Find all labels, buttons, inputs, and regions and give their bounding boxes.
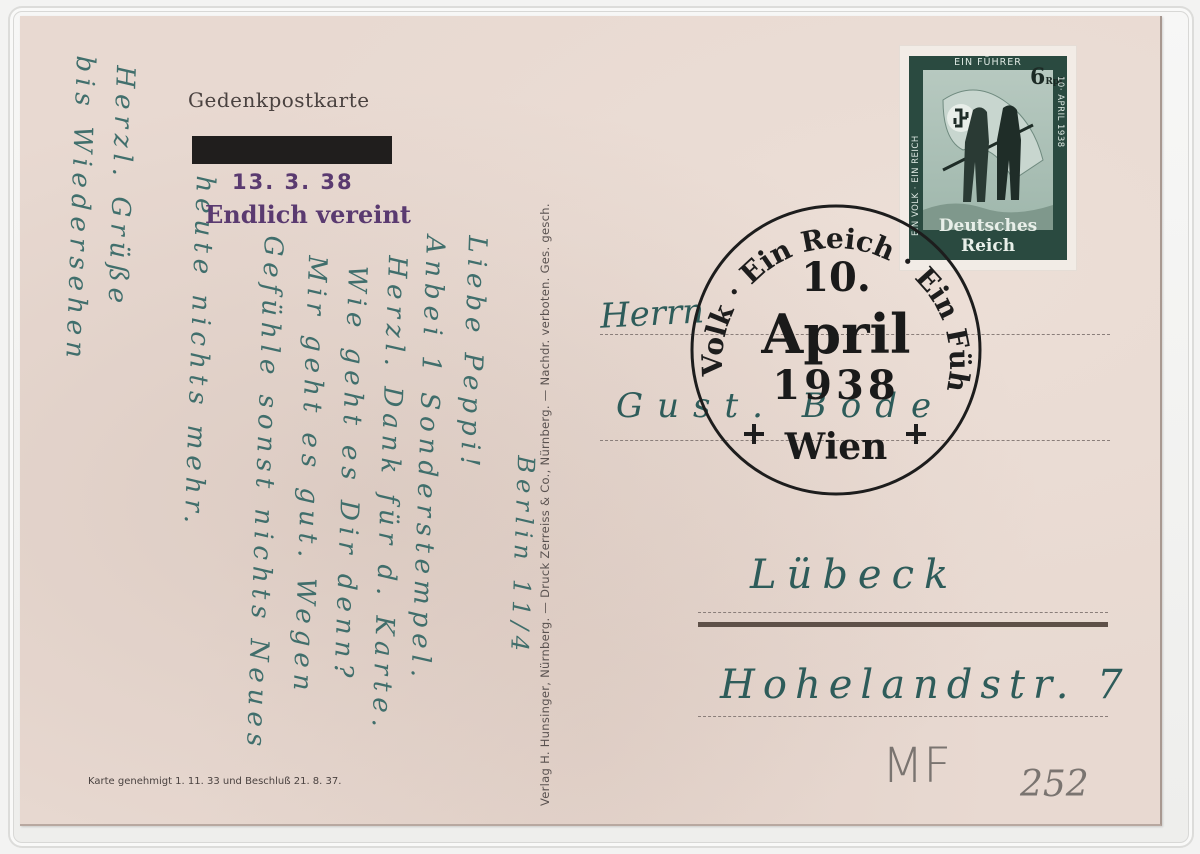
address-divider <box>698 622 1108 627</box>
stamp-value-number: 6 <box>1030 64 1045 90</box>
message-line: bis Wiedersehen <box>59 55 100 364</box>
address-city: Lübeck <box>750 552 958 598</box>
message-line: Herzl. Grüße <box>102 65 140 310</box>
overprint-text: Endlich vereint <box>205 200 411 229</box>
pencil-note-mf: MF <box>882 738 951 794</box>
message-line: Mir geht es gut. Wegen <box>287 255 332 697</box>
postmark-year: 1938 <box>688 362 984 409</box>
publisher-imprint: Verlag H. Hunsinger, Nürnberg. — Druck Z… <box>538 203 552 806</box>
postmark-city: Wien <box>688 426 984 468</box>
postmark-day: 10. <box>688 254 984 301</box>
overprint-date: 13. 3. 38 <box>232 170 354 194</box>
message-line: Liebe Peppi! <box>454 235 492 473</box>
card-heading: Gedenkpostkarte <box>188 88 370 112</box>
message-line: Berlin 11/4 <box>505 455 540 658</box>
postmark: Ein Volk · Ein Reich · Ein Führer 10. Ap… <box>688 202 984 498</box>
message-line: Wie geht es Dir denn? <box>327 265 372 684</box>
address-street: Hohelandstr. 7 <box>720 662 1131 708</box>
postcard: Berlin 11/4 Liebe Peppi! Anbei 1 Sonders… <box>20 16 1162 826</box>
message-line: Gefühle sonst nichts Neues <box>240 235 288 753</box>
approval-note: Karte genehmigt 1. 11. 33 und Beschluß 2… <box>88 776 341 787</box>
pencil-note-number: 252 <box>1020 764 1089 805</box>
redaction-bar <box>192 136 392 164</box>
address-line <box>698 716 1108 717</box>
postmark-month: April <box>688 302 984 366</box>
address-line <box>698 612 1108 613</box>
stamp-right-text: 10· APRIL 1938 <box>1055 76 1065 148</box>
message-line: Anbei 1 Sonderstempel. <box>404 235 450 684</box>
